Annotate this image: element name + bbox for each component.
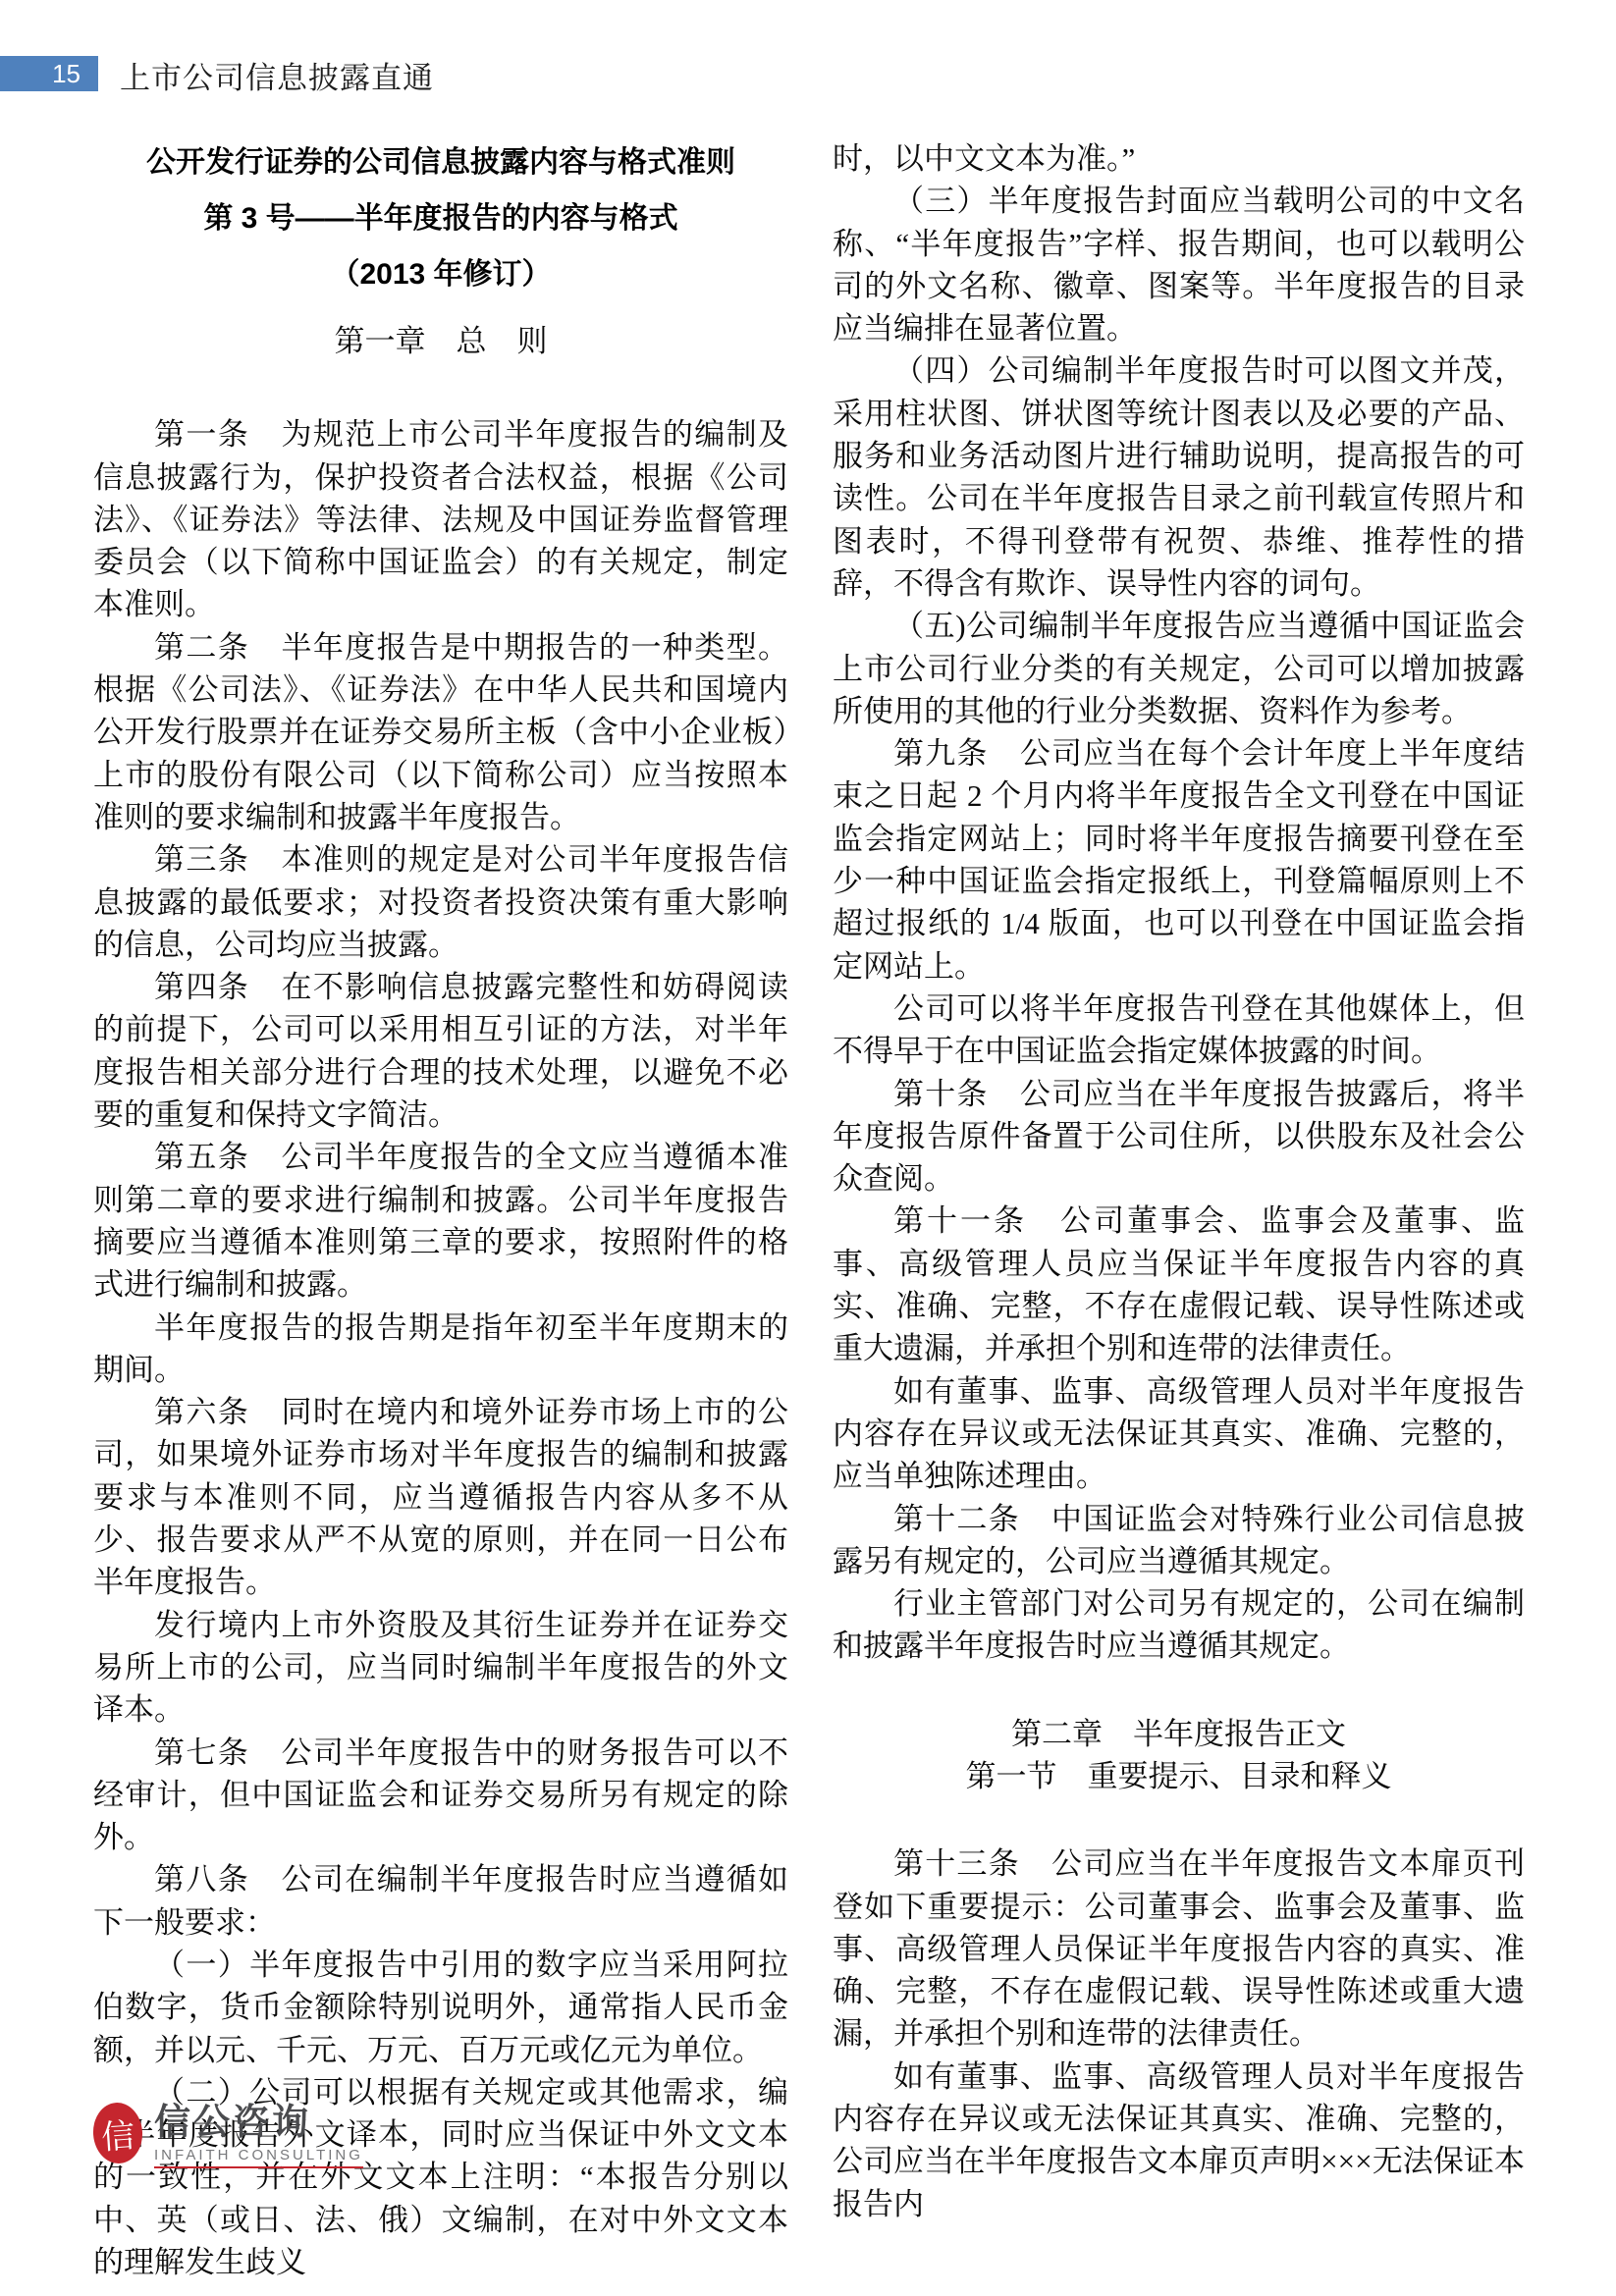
page-number: 15 [52, 59, 81, 89]
brand-name-english: INFAITH CONSULTING [154, 2147, 363, 2163]
paragraph: 如有董事、监事、高级管理人员对半年度报告内容存在异议或无法保证其真实、准确、完整… [833, 2056, 1525, 2225]
logo-text: 信公咨询 INFAITH CONSULTING [154, 2103, 363, 2168]
chapter-1-heading: 第一章 总 则 [93, 320, 788, 362]
paragraph: 半年度报告的报告期是指年初至半年度期末的期间。 [93, 1307, 788, 1392]
paragraph: 第一条 为规范上市公司半年度报告的编制及信息披露行为，保护投资者合法权益，根据《… [93, 413, 788, 625]
page-number-badge: 15 [0, 56, 98, 91]
doc-title-line-2: 第 3 号——半年度报告的内容与格式 [93, 190, 788, 246]
left-column: 公开发行证券的公司信息披露内容与格式准则 第 3 号——半年度报告的内容与格式 … [93, 134, 788, 2283]
paragraph: 第十三条 公司应当在半年度报告文本扉页刊登如下重要提示：公司董事会、监事会及董事… [833, 1842, 1525, 2055]
paragraph: （五)公司编制半年度报告应当遵循中国证监会上市公司行业分类的有关规定，公司可以增… [833, 605, 1525, 732]
paragraph: 第五条 公司半年度报告的全文应当遵循本准则第二章的要求进行编制和披露。公司半年度… [93, 1136, 788, 1306]
paragraph: 第七条 公司半年度报告中的财务报告可以不经审计，但中国证监会和证券交易所另有规定… [93, 1732, 788, 1859]
brand-name-chinese: 信公咨询 [154, 2103, 363, 2143]
right-column: 时，以中文文本为准。” （三）半年度报告封面应当载明公司的中文名称、“半年度报告… [833, 137, 1525, 2225]
paragraph: 行业主管部门对公司另有规定的，公司在编制和披露半年度报告时应当遵循其规定。 [833, 1582, 1525, 1668]
doc-title-line-3: （2013 年修订） [93, 246, 788, 302]
paragraph: 第三条 本准则的规定是对公司半年度报告信息披露的最低要求；对投资者投资决策有重大… [93, 838, 788, 966]
chapter-2-heading: 第二章 半年度报告正文 [833, 1713, 1525, 1755]
paragraph: 第十条 公司应当在半年度报告披露后，将半年度报告原件备置于公司住所，以供股东及社… [833, 1073, 1525, 1201]
paragraph: 发行境内上市外资股及其衍生证券并在证券交易所上市的公司，应当同时编制半年度报告的… [93, 1604, 788, 1732]
paragraph: （三）半年度报告封面应当载明公司的中文名称、“半年度报告”字样、报告期间，也可以… [833, 180, 1525, 349]
doc-title: 公开发行证券的公司信息披露内容与格式准则 第 3 号——半年度报告的内容与格式 … [93, 134, 788, 302]
paragraph: 公司可以将半年度报告刊登在其他媒体上，但不得早于在中国证监会指定媒体披露的时间。 [833, 988, 1525, 1073]
paragraph: 第二条 半年度报告是中期报告的一种类型。根据《公司法》、《证券法》在中华人民共和… [93, 626, 788, 838]
paragraph: 第十二条 中国证监会对特殊行业公司信息披露另有规定的，公司应当遵循其规定。 [833, 1498, 1525, 1583]
paragraph: 第四条 在不影响信息披露完整性和妨碍阅读的前提下，公司可以采用相互引证的方法，对… [93, 966, 788, 1136]
document-page: 15 上市公司信息披露直通 公开发行证券的公司信息披露内容与格式准则 第 3 号… [0, 0, 1616, 2296]
paragraph: （四）公司编制半年度报告时可以图文并茂，采用柱状图、饼状图等统计图表以及必要的产… [833, 349, 1525, 605]
infaith-logo: 信 信公咨询 INFAITH CONSULTING [93, 2103, 363, 2168]
paragraph: 如有董事、监事、高级管理人员对半年度报告内容存在异议或无法保证其真实、准确、完整… [833, 1370, 1525, 1498]
paragraph: 第十一条 公司董事会、监事会及董事、监事、高级管理人员应当保证半年度报告内容的真… [833, 1200, 1525, 1369]
paragraph: 第六条 同时在境内和境外证券市场上市的公司，如果境外证券市场对半年度报告的编制和… [93, 1391, 788, 1603]
paragraph: 第八条 公司在编制半年度报告时应当遵循如下一般要求： [93, 1858, 788, 1944]
header-title: 上市公司信息披露直通 [120, 53, 434, 97]
seal-character: 信 [99, 2108, 135, 2158]
paragraph: 时，以中文文本为准。” [833, 137, 1525, 180]
logo-underline [154, 2166, 363, 2168]
logo-seal-icon: 信 [91, 2101, 144, 2164]
paragraph: 第九条 公司应当在每个会计年度上半年度结束之日起 2 个月内将半年度报告全文刊登… [833, 732, 1525, 988]
doc-title-line-1: 公开发行证券的公司信息披露内容与格式准则 [93, 134, 788, 190]
paragraph: （一）半年度报告中引用的数字应当采用阿拉伯数字，货币金额除特别说明外，通常指人民… [93, 1944, 788, 2071]
section-1-heading: 第一节 重要提示、目录和释义 [833, 1755, 1525, 1797]
